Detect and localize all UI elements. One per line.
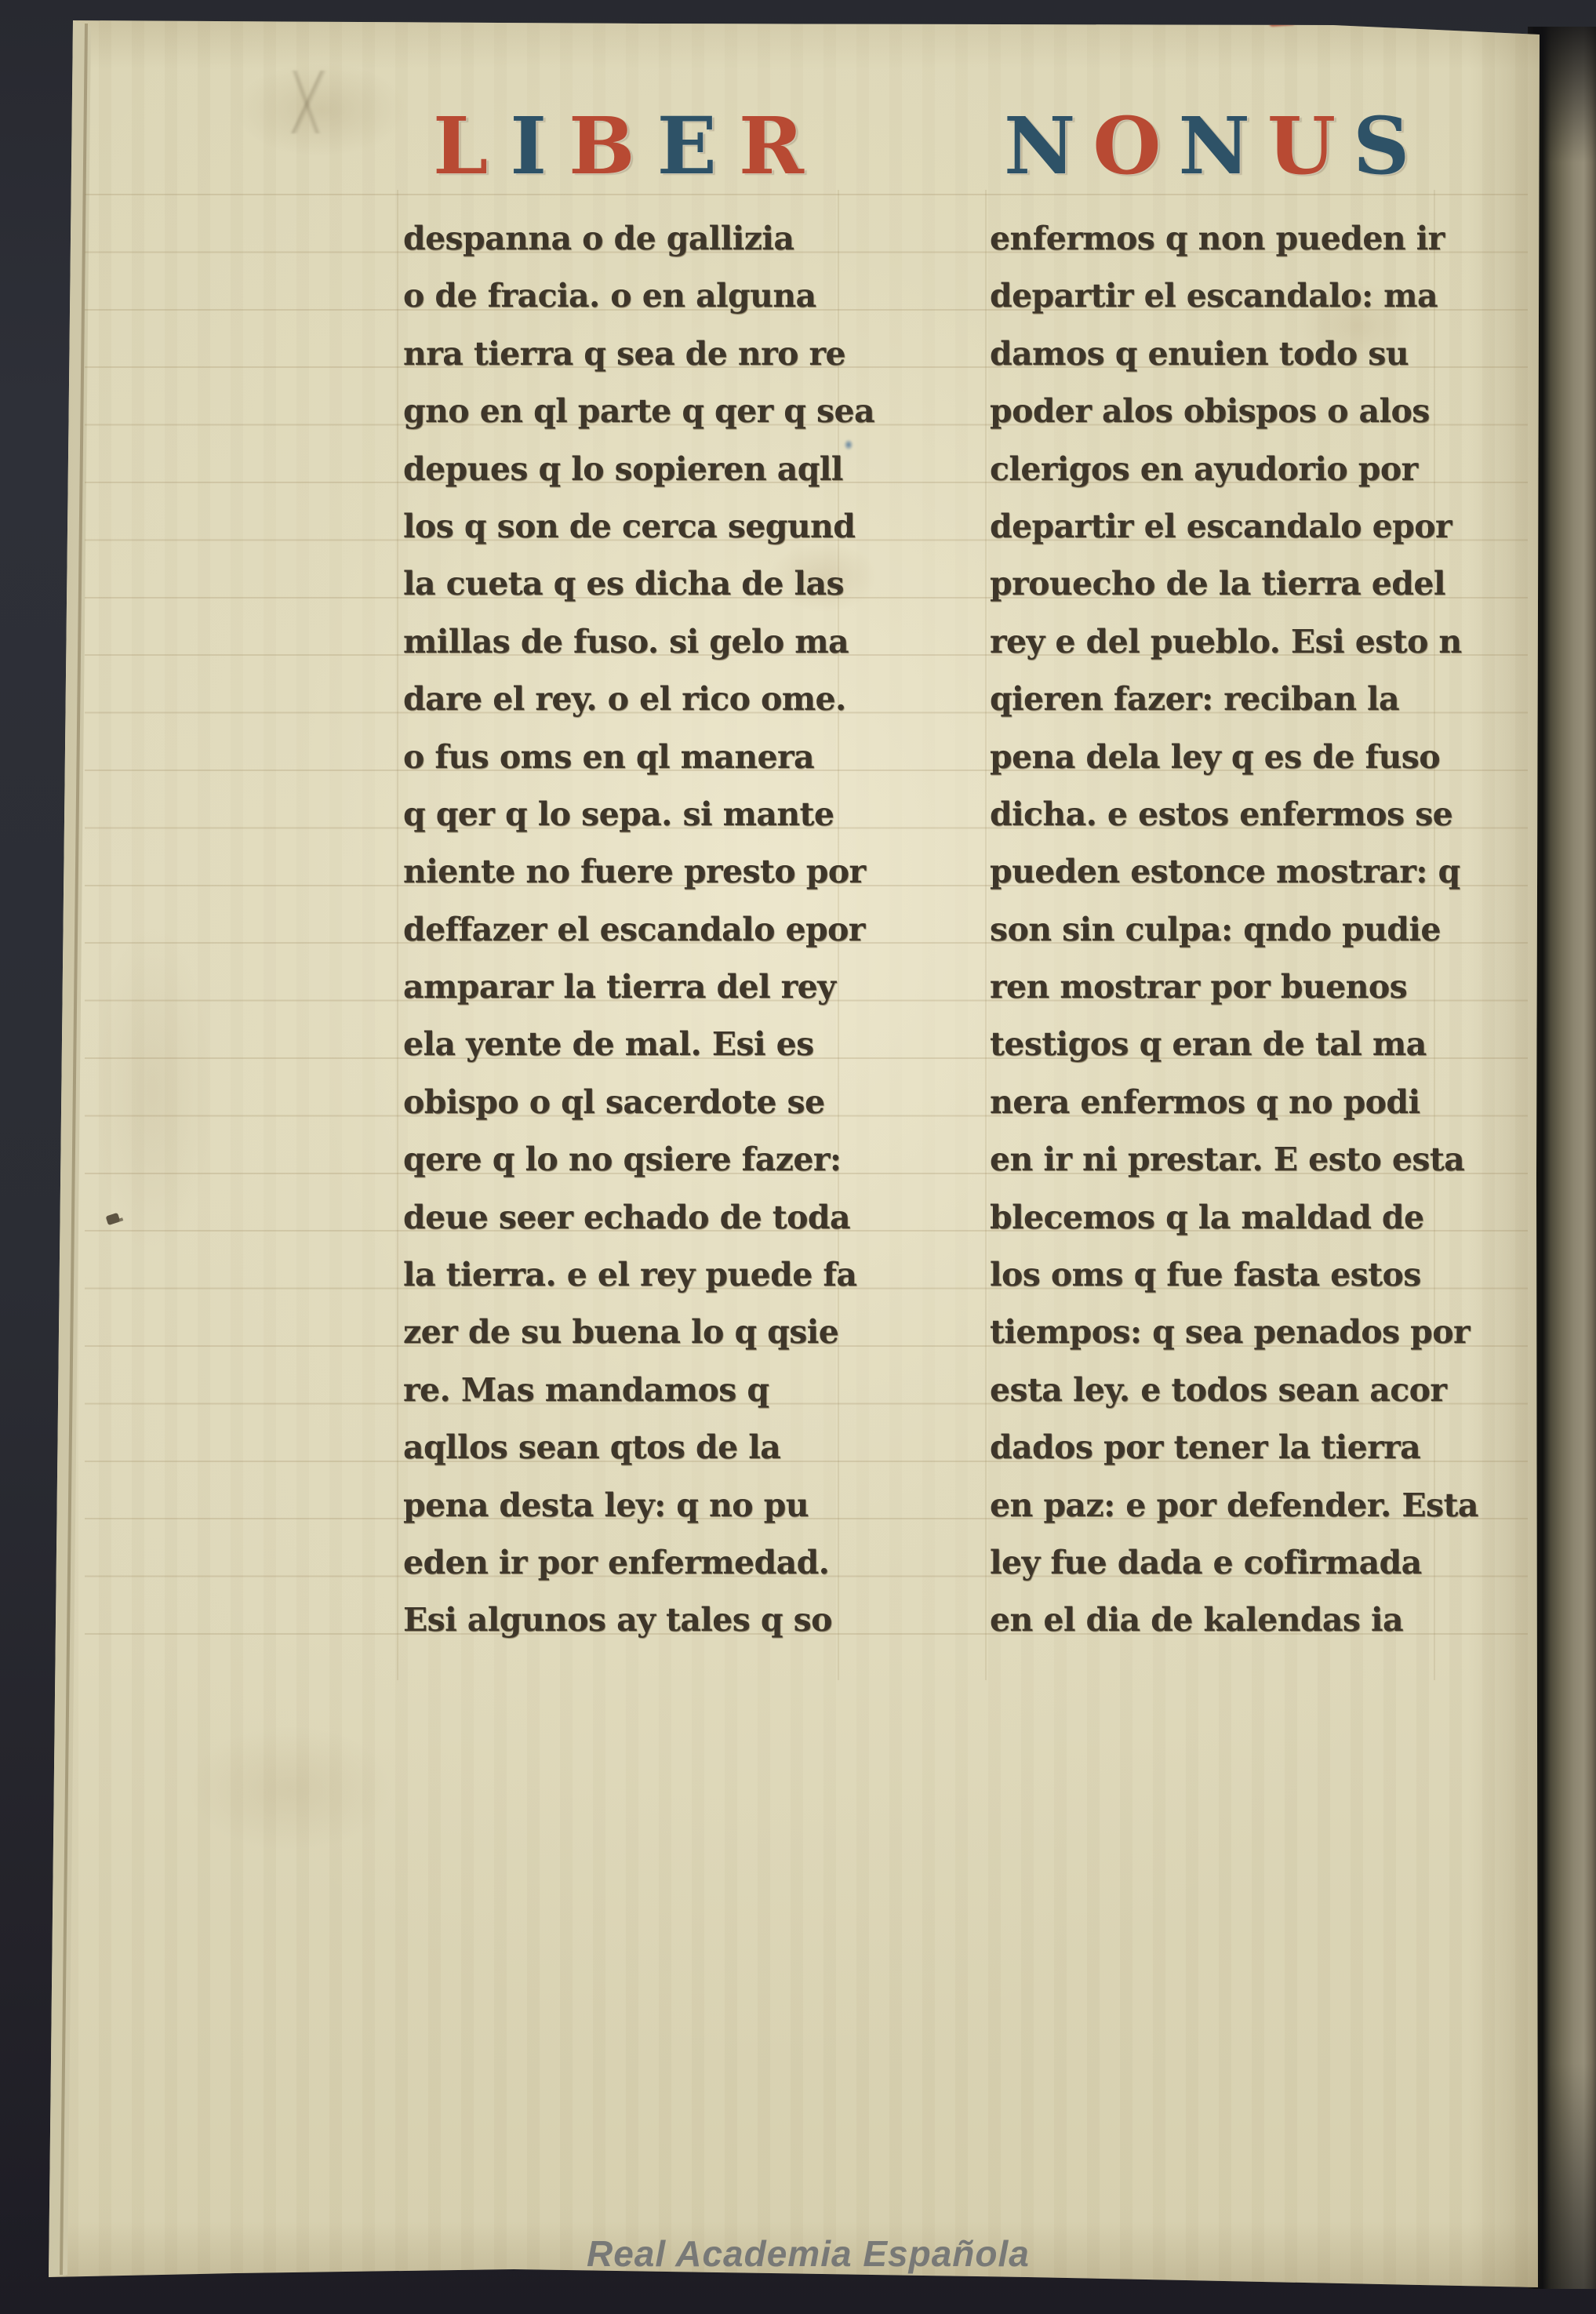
manuscript-text-line: deffazer el escandalo epor xyxy=(403,901,839,959)
manuscript-photo: { "photo": { "watermark": "Real Academia… xyxy=(0,0,1596,2314)
manuscript-text-line: ren mostrar por buenos xyxy=(990,959,1441,1016)
manuscript-text-line: o fus oms en ql manera xyxy=(403,729,839,786)
header-letter: N xyxy=(1004,104,1075,188)
manuscript-text-line: poder alos obispos o alos xyxy=(990,383,1441,440)
manuscript-text-line: prouecho de la tierra edel xyxy=(990,555,1441,613)
manuscript-text-line: damos q enuien todo su xyxy=(990,326,1441,383)
manuscript-text-line: tiempos: q sea penados por xyxy=(990,1304,1441,1361)
manuscript-text-line: esta ley. e todos sean acor xyxy=(990,1362,1441,1419)
parchment-stain xyxy=(94,926,212,1255)
manuscript-text-line: aqllos sean qtos de la xyxy=(403,1419,839,1476)
running-title-liber: LIBER xyxy=(433,104,804,191)
header-letter: N xyxy=(1179,104,1250,188)
manuscript-text-line: ley fue dada e cofirmada xyxy=(990,1534,1441,1592)
manuscript-text-line: pena dela ley q es de fuso xyxy=(990,729,1441,786)
manuscript-text-line: clerigos en ayudorio por xyxy=(990,441,1441,498)
header-letter: O xyxy=(1092,104,1161,188)
parchment-stain xyxy=(188,1726,392,1851)
show-through-marks xyxy=(259,71,361,133)
manuscript-text-line: nera enfermos q no podi xyxy=(990,1074,1441,1131)
manuscript-text-line: Esi algunos ay tales q so xyxy=(403,1592,839,1649)
manuscript-text-line: depues q lo sopieren aqll xyxy=(403,441,839,498)
manuscript-text-line: amparar la tierra del rey xyxy=(403,959,839,1016)
manuscript-text-line: qere q lo no qsiere fazer: xyxy=(403,1131,839,1188)
text-column-right: enfermos q non pueden irdepartir el esca… xyxy=(990,210,1441,1650)
text-column-left: despanna o de galliziao de fracia. o en … xyxy=(403,210,839,1650)
manuscript-text-line: gno en ql parte q qer q sea xyxy=(403,383,839,440)
header-letter: E xyxy=(657,104,717,188)
running-title-nonus: NONUS xyxy=(1004,104,1409,191)
header-letter: S xyxy=(1353,104,1409,188)
manuscript-text-line: re. Mas mandamos q xyxy=(403,1362,839,1419)
manuscript-text-line: rey e del pueblo. Esi esto n xyxy=(990,613,1441,671)
margin-ink-mark xyxy=(106,1213,121,1225)
header-letter: R xyxy=(739,104,804,188)
manuscript-text-line: despanna o de gallizia xyxy=(403,210,839,267)
manuscript-text-line: ela yente de mal. Esi es xyxy=(403,1016,839,1073)
manuscript-text-line: la tierra. e el rey puede fa xyxy=(403,1246,839,1304)
column-guide-line xyxy=(397,190,398,1680)
manuscript-text-line: dare el rey. o el rico ome. xyxy=(403,671,839,728)
manuscript-text-line: departir el escandalo: ma xyxy=(990,267,1441,325)
header-letter: U xyxy=(1267,104,1336,188)
manuscript-text-line: dicha. e estos enfermos se xyxy=(990,786,1441,843)
header-letter: L xyxy=(433,104,488,188)
manuscript-text-line: o de fracia. o en alguna xyxy=(403,267,839,325)
manuscript-text-line: la cueta q es dicha de las xyxy=(403,555,839,613)
manuscript-text-line: zer de su buena lo q qsie xyxy=(403,1304,839,1361)
manuscript-text-line: en paz: e por defender. Esta xyxy=(990,1477,1441,1534)
manuscript-text-line: millas de fuso. si gelo ma xyxy=(403,613,839,671)
manuscript-text-line: qieren fazer: reciban la xyxy=(990,671,1441,728)
header-letter: I xyxy=(510,104,547,188)
blue-ink-speck xyxy=(844,439,853,450)
manuscript-text-line: los q son de cerca segund xyxy=(403,498,839,555)
manuscript-text-line: nra tierra q sea de nro re xyxy=(403,326,839,383)
header-letter: B xyxy=(569,104,635,188)
manuscript-text-line: testigos q eran de tal ma xyxy=(990,1016,1441,1073)
manuscript-text-line: en el dia de kalendas ia xyxy=(990,1592,1441,1649)
manuscript-text-line: dados por tener la tierra xyxy=(990,1419,1441,1476)
manuscript-text-line: los oms q fue fasta estos xyxy=(990,1246,1441,1304)
manuscript-text-line: niente no fuere presto por xyxy=(403,843,839,900)
manuscript-text-line: enfermos q non pueden ir xyxy=(990,210,1441,267)
manuscript-text-line: q qer q lo sepa. si mante xyxy=(403,786,839,843)
manuscript-text-line: son sin culpa: qndo pudie xyxy=(990,901,1441,959)
column-guide-line xyxy=(985,190,987,1680)
manuscript-text-line: departir el escandalo epor xyxy=(990,498,1441,555)
manuscript-text-line: obispo o ql sacerdote se xyxy=(403,1074,839,1131)
manuscript-text-line: deue seer echado de toda xyxy=(403,1189,839,1246)
red-ink-smudge xyxy=(1269,18,1296,27)
manuscript-text-line: blecemos q la maldad de xyxy=(990,1189,1441,1246)
manuscript-page: LIBER NONUS despanna o de galliziao de f… xyxy=(0,0,1596,2314)
manuscript-text-line: eden ir por enfermedad. xyxy=(403,1534,839,1592)
manuscript-text-line: en ir ni prestar. E esto esta xyxy=(990,1131,1441,1188)
manuscript-text-line: pueden estonce mostrar: q xyxy=(990,843,1441,900)
watermark: Real Academia Española xyxy=(587,2232,994,2275)
manuscript-text-line: pena desta ley: q no pu xyxy=(403,1477,839,1534)
